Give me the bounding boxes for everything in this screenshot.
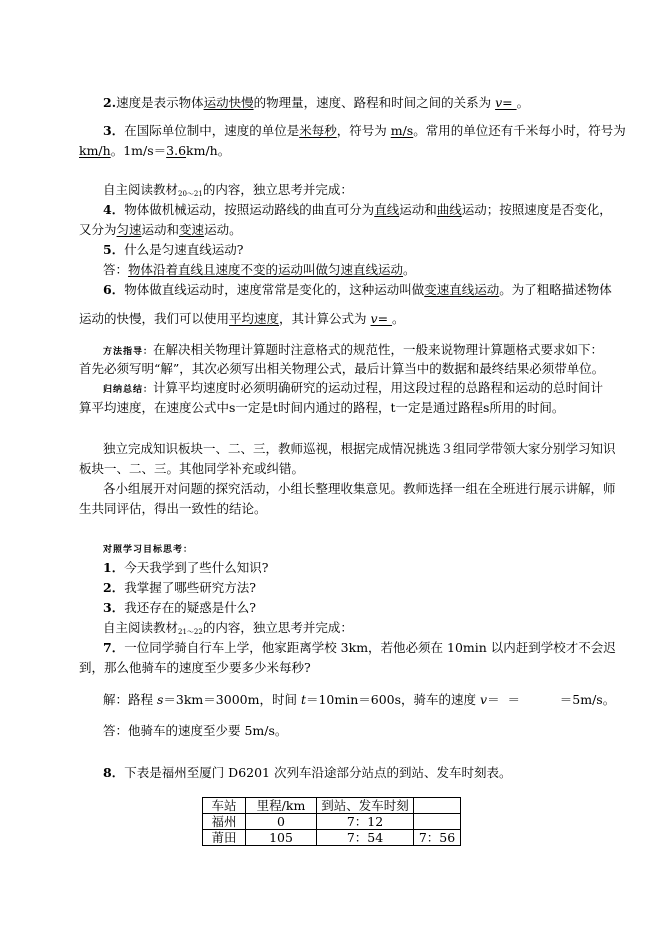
read2-pages: 21～22	[178, 628, 203, 636]
read1-pages: 20～21	[178, 190, 203, 198]
para2-text-2: 生共同评估，得出一致性的结论。	[79, 501, 267, 516]
q2-text: 速度是表示物体	[116, 95, 204, 110]
q3-text: 在国际单位制中，速度的单位是	[124, 123, 299, 138]
read1-text: 自主阅读教材	[103, 182, 178, 197]
q6-line-2: 运动的快慢，我们可以使用平均速度，其计算公式为 v= 。	[79, 311, 405, 327]
q2-text-2: 的物理量，速度、路程和时间之间的关系为	[254, 95, 495, 110]
q4-number: 4．	[103, 202, 124, 217]
cell-depart	[414, 814, 461, 830]
header-time: 到站、发车时刻	[317, 798, 414, 814]
read2-text-2: 的内容，独立思考并完成：	[203, 620, 353, 635]
cell-arrive: 7：54	[317, 830, 414, 846]
q6-text-3: 运动的快慢，我们可以使用	[79, 311, 229, 326]
q7-text-2: 到，那么他骑车的速度至少要多少米每秒?	[79, 660, 311, 675]
method-line-2: 首先必须写明“解”，其次必须写出相关物理公式，最后计算当中的数据和最终结果必须带…	[79, 361, 604, 377]
q6-text-5: 。	[392, 311, 405, 326]
summary-line-2: 算平均速度，在速度公式中s一定是t时间内通过的路程，t一定是通过路程s所用的时间…	[79, 400, 564, 416]
q3-text-4: 。1m/s＝	[111, 143, 166, 158]
q6-line: 6．物体做直线运动时，速度常常是变化的，这种运动叫做变速直线运动。为了粗略描述物…	[103, 282, 612, 298]
q4-text-2: 运动和	[399, 202, 437, 217]
reflect-item-1: 1．今天我学到了些什么知识?	[103, 560, 268, 576]
table-row: 莆田 105 7：54 7：56	[203, 830, 461, 846]
para1-text-2: 板块一、二、三。其他同学补充或纠错。	[79, 461, 304, 476]
summary-line: 归纳总结：计算平均速度时必须明确研究的运动过程，用这段过程的总路程和运动的总时间…	[103, 380, 603, 398]
cell-distance: 0	[246, 814, 317, 830]
q6-text: 物体做直线运动时，速度常常是变化的，这种运动叫做	[124, 282, 424, 297]
para1-text: 独立完成知识板块一、二、三，教师巡视，根据完成情况挑选３组同学带领大家分别学习知…	[103, 441, 616, 456]
r1-text: 今天我学到了些什么知识?	[124, 560, 268, 575]
reflect-heading: 对照学习目标思考：	[103, 540, 193, 558]
r2-number: 2．	[103, 580, 124, 595]
q5-line: 5．什么是匀速直线运动?	[103, 242, 243, 258]
sol7-text-3: ＝10min＝600s，骑车的速度	[306, 692, 480, 707]
header-station: 车站	[203, 798, 246, 814]
q4-text-6: 运动。	[204, 222, 242, 237]
r3-number: 3．	[103, 600, 124, 615]
q6-answer-3: v=	[371, 311, 393, 326]
q7-text: 一位同学骑自行车上学，他家距离学校 3km，若他必须在 10min 以内赶到学校…	[124, 640, 616, 655]
q4-answer-3: 匀速	[117, 222, 142, 237]
q8-number: 8．	[103, 765, 124, 780]
read2-text: 自主阅读教材	[103, 620, 178, 635]
cell-station: 福州	[203, 814, 246, 830]
q8-text: 下表是福州至厦门 D6201 次列车沿途部分站点的到站、发车时刻表。	[124, 765, 511, 780]
q3-text-5: km/h。	[186, 143, 230, 158]
q6-answer-2: 平均速度	[229, 311, 279, 326]
q3-answer-2: m/s	[391, 123, 413, 138]
q2-answer-1: 运动快慢	[204, 95, 254, 110]
reflect-item-2: 2．我掌握了哪些研究方法?	[103, 580, 256, 596]
q6-answer-1: 变速直线运动	[424, 282, 499, 297]
q3-answer-1: 米每秒	[299, 123, 337, 138]
q3-text-2: ，符号为	[337, 123, 391, 138]
r2-text: 我掌握了哪些研究方法?	[124, 580, 256, 595]
table-row: 福州 0 7：12	[203, 814, 461, 830]
para2-line: 各小组展开对问题的探究活动，小组长整理收集意见。教师选择一组在全班进行展示讲解，…	[103, 481, 616, 497]
sol7-text-4: ＝ ＝ ＝5m/s。	[487, 692, 615, 707]
header-extra	[414, 798, 461, 814]
summary-text-2: 算平均速度，在速度公式中s一定是t时间内通过的路程，t一定是通过路程s所用的时间…	[79, 400, 564, 415]
r3-text: 我还存在的疑惑是什么?	[124, 600, 256, 615]
method-tag: 方法指导：	[103, 347, 153, 357]
read-instruction-1: 自主阅读教材20～21的内容，独立思考并完成：	[103, 182, 353, 202]
q3-text-3: 。常用的单位还有千米每小时，符号为	[413, 123, 626, 138]
reflect-item-3: 3．我还存在的疑惑是什么?	[103, 600, 256, 616]
reflect-tag: 对照学习目标思考：	[103, 545, 193, 555]
a5-label: 答：	[103, 262, 128, 277]
q2-line: 2.速度是表示物体运动快慢的物理量，速度、路程和时间之间的关系为 v= 。	[103, 95, 529, 111]
para1-line-2: 板块一、二、三。其他同学补充或纠错。	[79, 461, 304, 477]
q7-line-2: 到，那么他骑车的速度至少要多少米每秒?	[79, 660, 311, 676]
ans7-text: 答：他骑车的速度至少要 5m/s。	[103, 723, 287, 738]
cell-depart: 7：56	[414, 830, 461, 846]
para1-line: 独立完成知识板块一、二、三，教师巡视，根据完成情况挑选３组同学带领大家分别学习知…	[103, 441, 616, 457]
a5-end: 。	[403, 262, 416, 277]
cell-station: 莆田	[203, 830, 246, 846]
q6-number: 6．	[103, 282, 124, 297]
q4-answer-1: 直线	[374, 202, 399, 217]
q3-number: 3．	[103, 123, 124, 138]
header-distance: 里程/km	[246, 798, 317, 814]
q4-text: 物体做机械运动，按照运动路线的曲直可分为	[124, 202, 374, 217]
a5-answer: 物体沿着直线且速度不变的运动叫做匀速直线运动	[128, 262, 403, 277]
q6-text-2: 。为了粗略描述物体	[499, 282, 612, 297]
q3-line-2: km/h。1m/s＝3.6km/h。	[79, 143, 230, 159]
q4-line-2: 又分为匀速运动和变速运动。	[79, 222, 242, 238]
q4-answer-4: 变速	[179, 222, 204, 237]
read-instruction-2: 自主阅读教材21～22的内容，独立思考并完成：	[103, 620, 353, 640]
read1-text-2: 的内容，独立思考并完成：	[203, 182, 353, 197]
q2-text-3: 。	[517, 95, 530, 110]
q4-text-3: 运动；按照速度是否变化，	[462, 202, 612, 217]
q7-answer: 答：他骑车的速度至少要 5m/s。	[103, 723, 287, 739]
table-header-row: 车站 里程/km 到站、发车时刻	[203, 798, 461, 814]
q2-number: 2.	[103, 95, 116, 110]
q7-line: 7．一位同学骑自行车上学，他家距离学校 3km，若他必须在 10min 以内赶到…	[103, 640, 616, 656]
q7-number: 7．	[103, 640, 124, 655]
q2-answer-2: v=	[495, 95, 517, 110]
q3-answer-3: km/h	[79, 143, 111, 158]
q5-number: 5．	[103, 242, 124, 257]
r1-number: 1．	[103, 560, 124, 575]
sol7-text: 解：路程	[103, 692, 157, 707]
summary-text: 计算平均速度时必须明确研究的运动过程，用这段过程的总路程和运动的总时间计	[153, 380, 603, 395]
method-line: 方法指导：在解决相关物理计算题时注意格式的规范性，一般来说物理计算题格式要求如下…	[103, 342, 603, 360]
para2-text: 各小组展开对问题的探究活动，小组长整理收集意见。教师选择一组在全班进行展示讲解，…	[103, 481, 616, 496]
q6-text-4: ，其计算公式为	[279, 311, 370, 326]
summary-tag: 归纳总结：	[103, 385, 153, 395]
q5-text: 什么是匀速直线运动?	[124, 242, 243, 257]
q3-answer-4: 3.6	[166, 143, 186, 158]
q8-line: 8．下表是福州至厦门 D6201 次列车沿途部分站点的到站、发车时刻表。	[103, 765, 512, 781]
para2-line-2: 生共同评估，得出一致性的结论。	[79, 501, 267, 517]
method-text-2: 首先必须写明“解”，其次必须写出相关物理公式，最后计算当中的数据和最终结果必须带…	[79, 361, 604, 376]
cell-distance: 105	[246, 830, 317, 846]
q4-answer-2: 曲线	[437, 202, 462, 217]
sol7-text-2: ＝3km＝3000m，时间	[163, 692, 301, 707]
method-text: 在解决相关物理计算题时注意格式的规范性，一般来说物理计算题格式要求如下：	[153, 342, 603, 357]
q4-text-4: 又分为	[79, 222, 117, 237]
q7-solution: 解：路程 s＝3km＝3000m，时间 t＝10min＝600s，骑车的速度 v…	[103, 692, 615, 708]
a5-line: 答：物体沿着直线且速度不变的运动叫做匀速直线运动。	[103, 262, 416, 278]
cell-arrive: 7：12	[317, 814, 414, 830]
q4-line: 4．物体做机械运动，按照运动路线的曲直可分为直线运动和曲线运动；按照速度是否变化…	[103, 202, 612, 218]
train-timetable: 车站 里程/km 到站、发车时刻 福州 0 7：12 莆田 105 7：54 7…	[202, 797, 461, 846]
q3-line: 3．在国际单位制中，速度的单位是米每秒，符号为 m/s。常用的单位还有千米每小时…	[103, 123, 626, 139]
q4-text-5: 运动和	[142, 222, 180, 237]
